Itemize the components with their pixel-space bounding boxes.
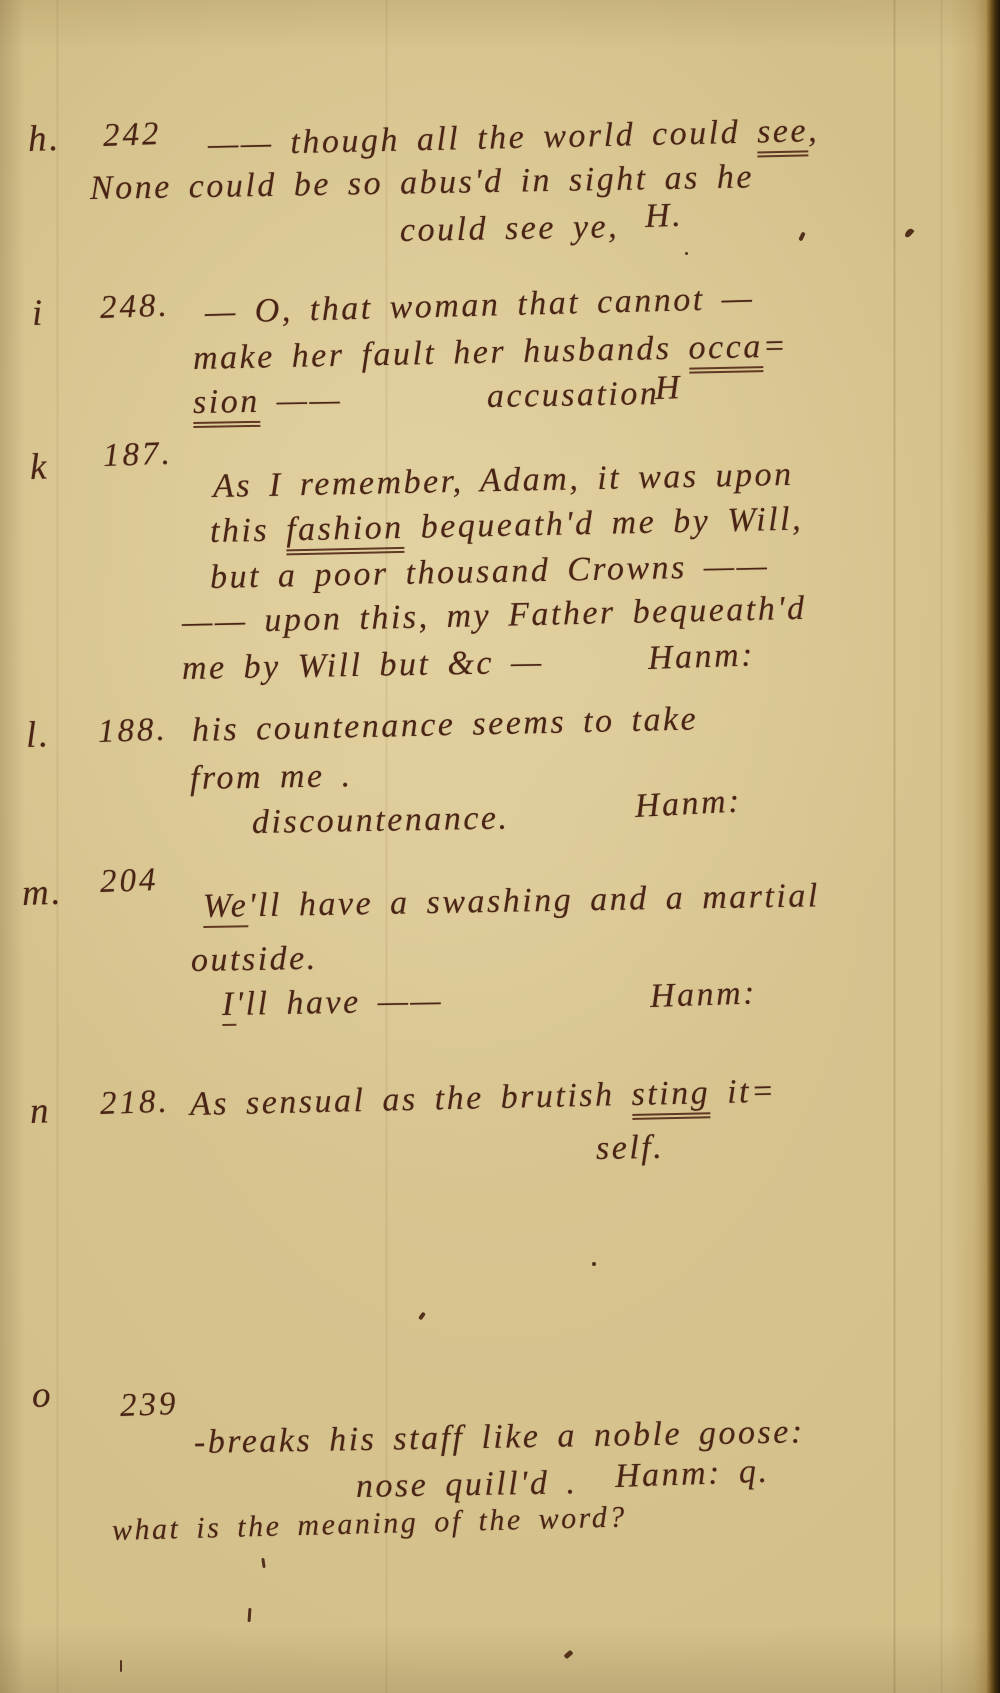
text-run: , bbox=[808, 112, 820, 149]
margin-letter: o bbox=[31, 1373, 53, 1417]
annotator-name: Hanm: bbox=[634, 782, 743, 826]
entry-line: As I remember, Adam, it was upon bbox=[213, 456, 794, 506]
annotator-name: Hanm: q. bbox=[614, 1453, 770, 1496]
ink-speck bbox=[685, 252, 688, 255]
text-run: As sensual as the brutish bbox=[190, 1076, 632, 1123]
entry-line: As sensual as the brutish sting it= bbox=[190, 1073, 777, 1124]
annotator-initial: H bbox=[654, 369, 682, 408]
paper-crease bbox=[56, 0, 59, 1693]
entry-line: what is the meaning of the word? bbox=[112, 1501, 628, 1548]
entry-line: —— upon this, my Father bequeath'd bbox=[182, 590, 807, 642]
entry-line: We'll have a swashing and a martial bbox=[203, 877, 820, 926]
ink-speck bbox=[798, 232, 805, 242]
text-run: = bbox=[762, 328, 788, 366]
paper-crease bbox=[940, 0, 943, 1693]
margin-letter: h. bbox=[27, 117, 61, 161]
underlined-word: occa bbox=[688, 328, 763, 374]
annotator-name: Hanm: bbox=[647, 636, 755, 678]
line-number: 218. bbox=[99, 1084, 170, 1123]
line-number: 248. bbox=[99, 288, 170, 327]
entry-line: discountenance. bbox=[252, 800, 510, 842]
text-run: this bbox=[210, 511, 287, 550]
line-number: 204 bbox=[99, 862, 159, 901]
text-run: it= bbox=[710, 1073, 777, 1111]
text-run: 'll have a swashing and a martial bbox=[248, 877, 820, 924]
underlined-word: I bbox=[222, 986, 237, 1026]
text-run: —— bbox=[259, 381, 342, 419]
entry-line: could see ye, bbox=[400, 208, 620, 250]
ink-speck bbox=[418, 1312, 426, 1321]
ink-speck bbox=[120, 1660, 122, 1672]
underlined-word: We bbox=[203, 887, 249, 928]
annotator-initial: H. bbox=[644, 197, 683, 236]
entry-line: —— though all the world could see, bbox=[208, 112, 820, 164]
annotator-name: Hanm: bbox=[649, 974, 757, 1016]
underlined-word: fashion bbox=[286, 509, 405, 555]
text-run: make her fault her husbands bbox=[193, 330, 689, 377]
ink-speck bbox=[592, 1262, 596, 1266]
margin-letter: m. bbox=[21, 871, 63, 915]
entry-line: self. bbox=[596, 1129, 665, 1168]
underlined-word: sting bbox=[631, 1074, 711, 1120]
ink-speck bbox=[903, 227, 914, 239]
margin-letter: l. bbox=[25, 713, 51, 757]
text-run: 'll have —— bbox=[235, 982, 443, 1023]
paper-crease bbox=[893, 0, 896, 1693]
text-run: —— though all the world could bbox=[208, 114, 758, 163]
entry-line: nose quill'd . bbox=[356, 1464, 578, 1506]
entry-line: his countenance seems to take bbox=[192, 701, 699, 750]
underlined-word: see bbox=[757, 112, 809, 157]
text-run: bequeath'd me by Will, bbox=[403, 501, 803, 546]
margin-letter: n bbox=[29, 1089, 51, 1133]
ink-speck bbox=[563, 1650, 573, 1660]
line-number: 188. bbox=[97, 712, 168, 751]
entry-line: sion —— bbox=[193, 381, 343, 422]
line-number: 239 bbox=[119, 1386, 179, 1425]
line-number: 187. bbox=[102, 436, 173, 475]
entry-line: — O, that woman that cannot — bbox=[205, 280, 755, 332]
entry-line: make her fault her husbands occa= bbox=[193, 328, 789, 378]
underlined-word: sion bbox=[193, 383, 260, 428]
margin-letter: i bbox=[31, 292, 45, 335]
ink-speck bbox=[248, 1608, 252, 1622]
gloss-word: accusation bbox=[487, 375, 660, 416]
entry-line: I'll have —— bbox=[222, 982, 444, 1024]
entry-line: outside. bbox=[191, 940, 318, 980]
ink-speck bbox=[261, 1558, 265, 1568]
manuscript-page: h. 242 —— though all the world could see… bbox=[0, 0, 1000, 1693]
entry-line: me by Will but &c — bbox=[182, 644, 544, 688]
margin-letter: k bbox=[29, 445, 49, 489]
entry-line: this fashion bequeath'd me by Will, bbox=[210, 501, 804, 551]
line-number: 242 bbox=[102, 116, 162, 155]
entry-line: from me . bbox=[190, 757, 353, 798]
